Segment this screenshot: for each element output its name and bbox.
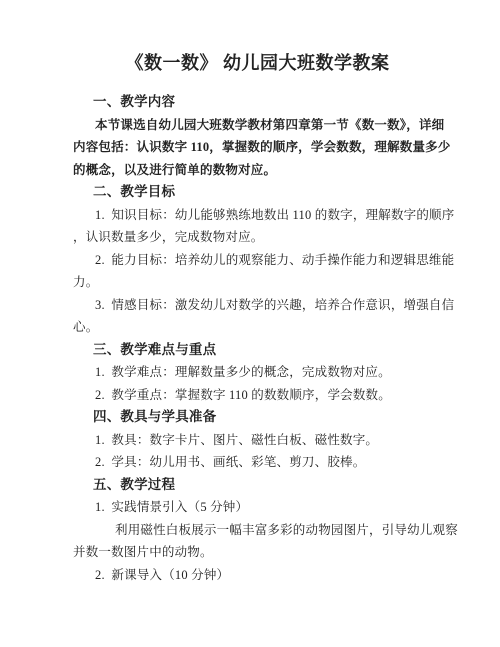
list-item-teaching-difficulty: 1. 教学难点：理解数量多少的概念，完成数物对应。 [73, 361, 442, 384]
text-line: ，认识数量多少，完成数物对应。 [73, 226, 442, 249]
list-item-emotion-goal: 3. 情感目标：激发幼儿对数学的兴趣，培养合作意识，增强自信 [73, 294, 442, 317]
text-line: 力。 [73, 271, 442, 294]
text-line: 心。 [73, 316, 442, 339]
list-item-learning-aids: 2. 学具：幼儿用书、画纸、彩笔、剪刀、胶棒。 [73, 451, 442, 474]
section-heading-teaching-goals: 二、教学目标 [73, 181, 442, 204]
list-item-scenario-intro: 1. 实践情景引入（5 分钟） [73, 496, 442, 519]
document-page: 《数一数》 幼儿园大班数学教案 一、教学内容 本节课选自幼儿园大班数学教材第四章… [0, 0, 500, 647]
section-heading-teaching-process: 五、教学过程 [73, 474, 442, 497]
intro-paragraph-line: 内容包括：认识数字 110，掌握数的顺序，学会数数，理解数量多少 [73, 136, 442, 159]
list-item-teaching-focus: 2. 教学重点：掌握数字 110 的数数顺序，学会数数。 [73, 384, 442, 407]
list-item-new-lesson-intro: 2. 新课导入（10 分钟） [73, 564, 442, 587]
list-item-teaching-aids: 1. 教具：数字卡片、图片、磁性白板、磁性数字。 [73, 429, 442, 452]
list-item-knowledge-goal: 1. 知识目标：幼儿能够熟练地数出 110 的数字，理解数字的顺序 [73, 204, 442, 227]
text-line: 利用磁性白板展示一幅丰富多彩的动物园图片，引导幼儿观察 [73, 519, 442, 542]
document-title: 《数一数》 幼儿园大班数学教案 [73, 50, 442, 76]
list-item-ability-goal: 2. 能力目标：培养幼儿的观察能力、动手操作能力和逻辑思维能 [73, 249, 442, 272]
text-line: 并数一数图片中的动物。 [73, 541, 442, 564]
intro-paragraph-line: 的概念，以及进行简单的数物对应。 [73, 159, 442, 182]
section-heading-teaching-content: 一、教学内容 [73, 91, 442, 114]
section-heading-difficulties: 三、教学难点与重点 [73, 339, 442, 362]
intro-paragraph-line: 本节课选自幼儿园大班数学教材第四章第一节《数一数》，详细 [73, 114, 442, 137]
section-heading-materials: 四、教具与学具准备 [73, 406, 442, 429]
